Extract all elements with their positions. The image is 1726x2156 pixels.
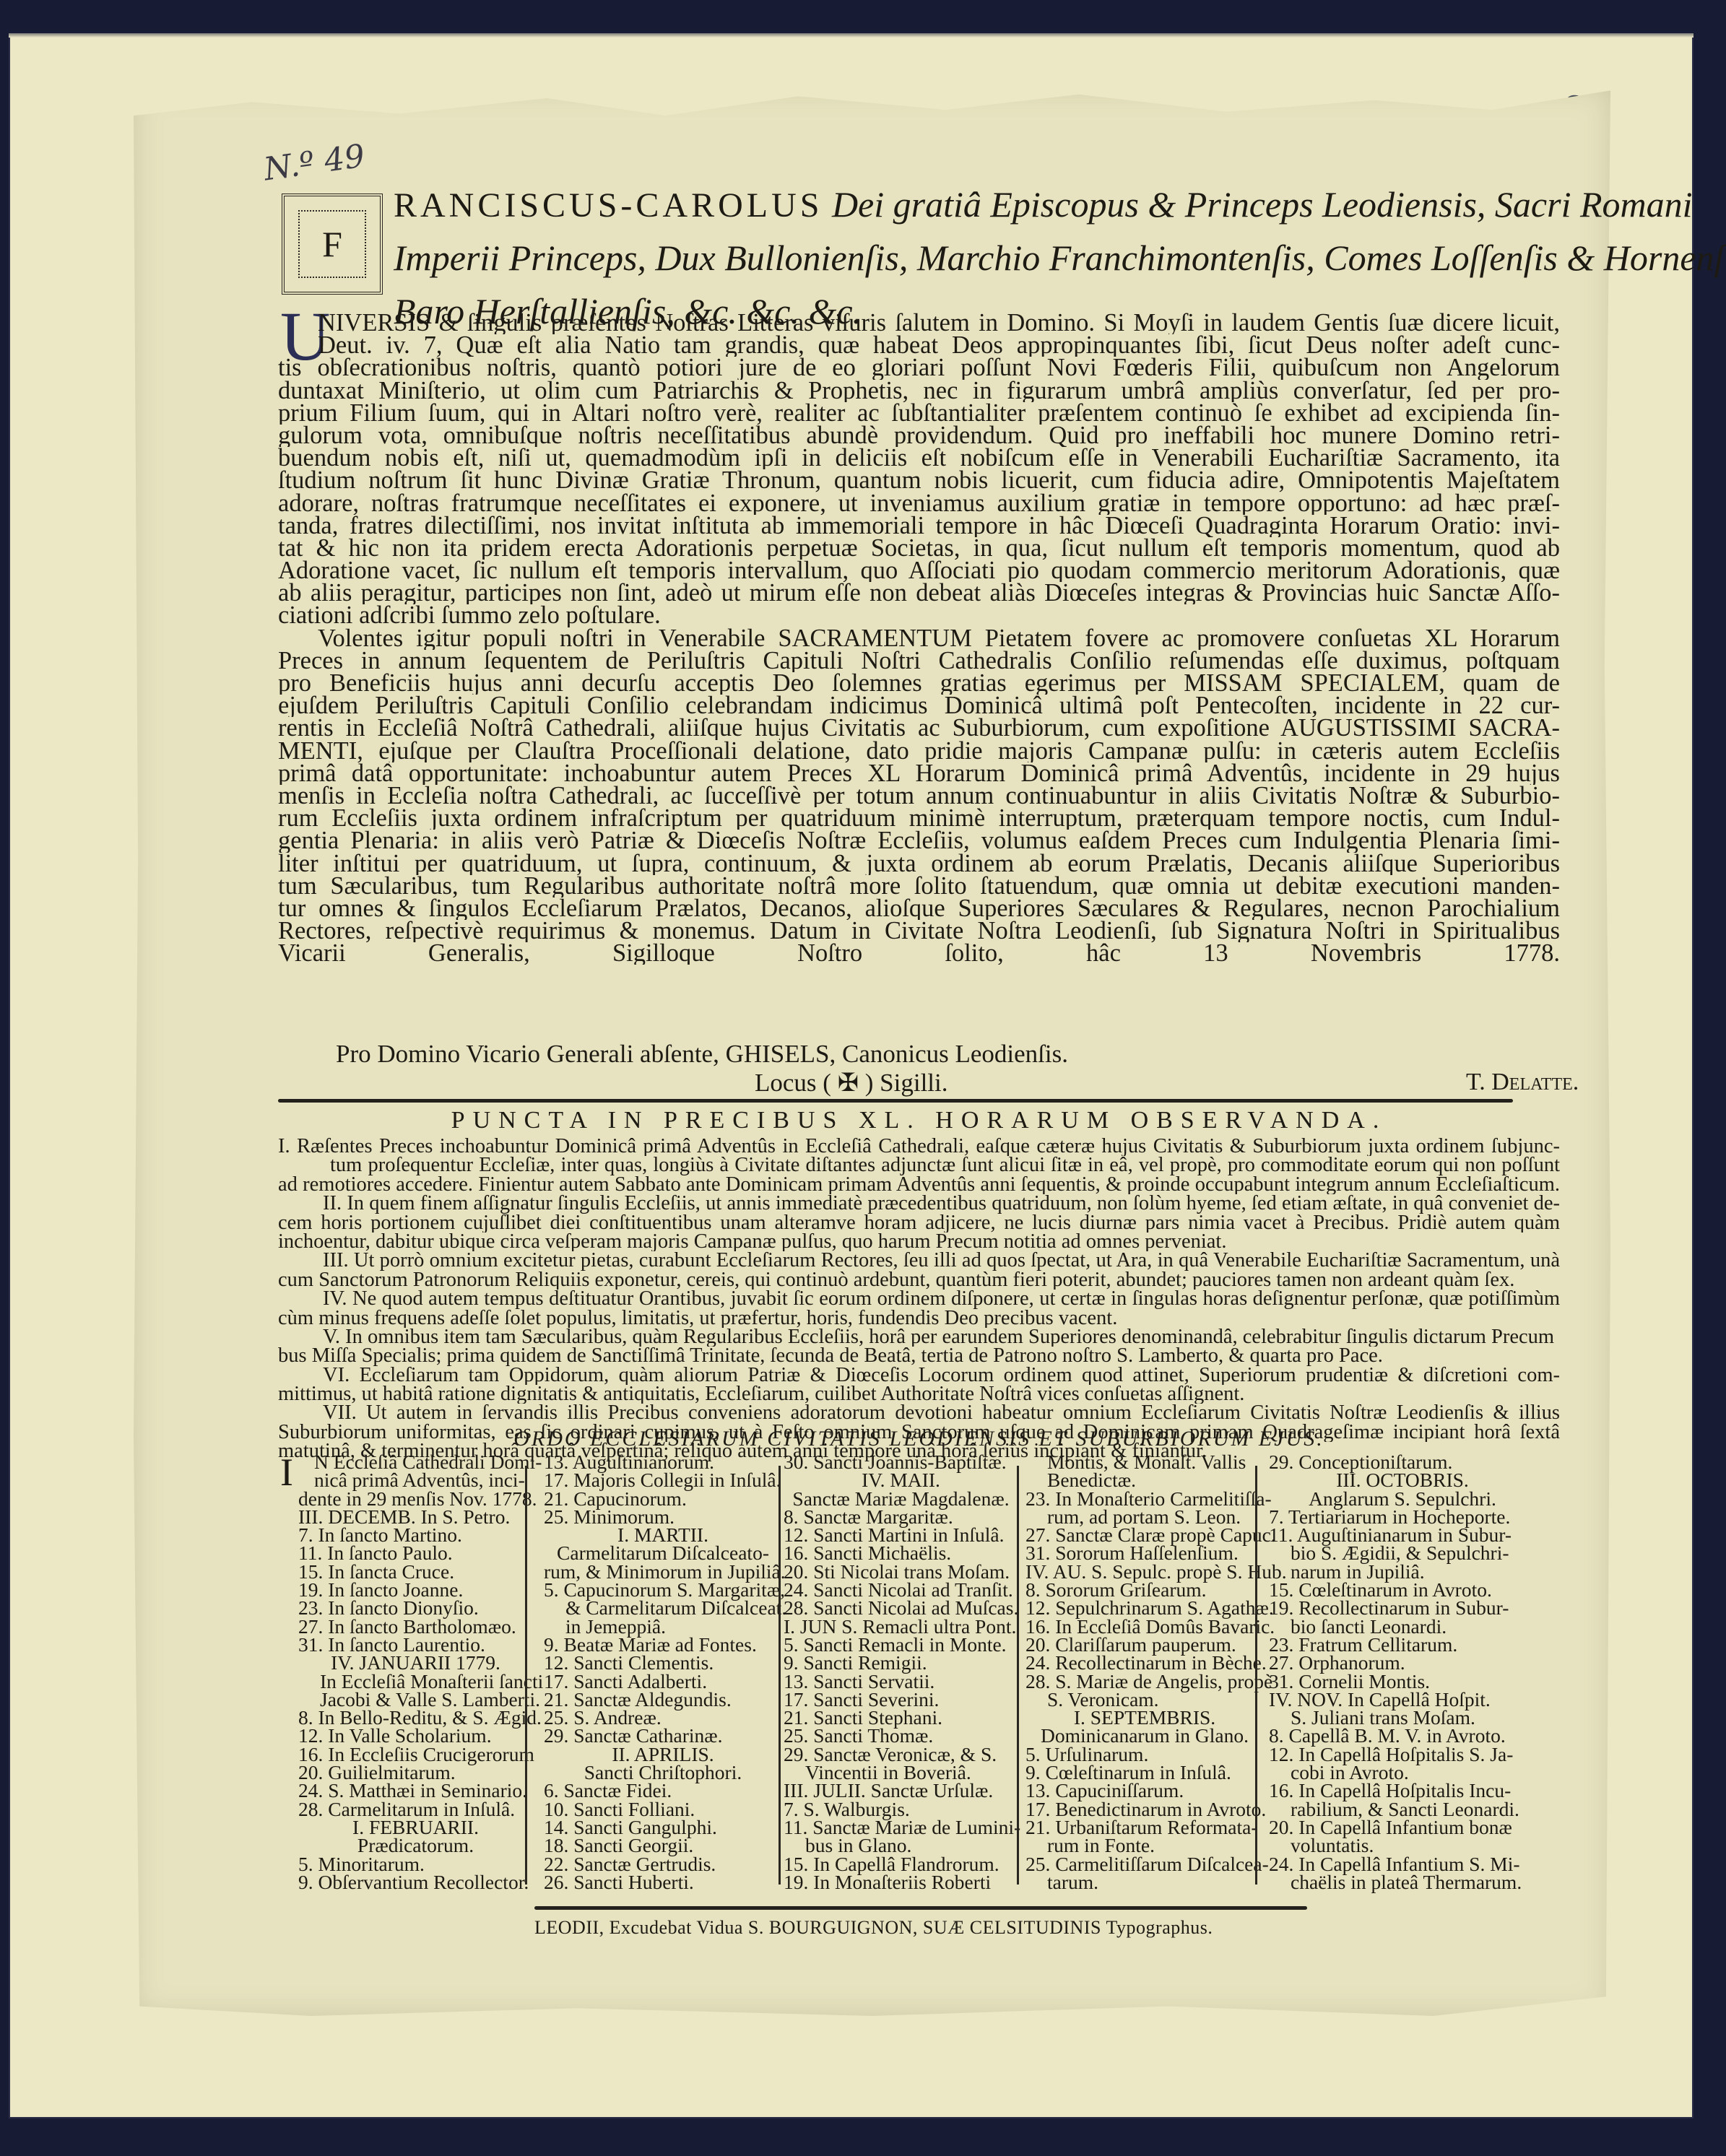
church-entry: 16. In Capellâ Hoſpitalis Incu- <box>1269 1781 1536 1799</box>
puncta-line: IV. Ne quod autem tempus deſtituatur Ora… <box>278 1290 1560 1308</box>
section-rule-bottom <box>534 1906 1307 1910</box>
decree-line: Rectores, reſpectivè requirimus & monemu… <box>278 920 1560 942</box>
church-entry: 11. In ſancto Paulo. <box>298 1544 533 1562</box>
decree-line: gulorum vota, omnibuſque noſtris neceſſi… <box>278 425 1560 447</box>
church-entry: 12. Sepulchrinarum S. Agathæ. <box>1025 1599 1264 1617</box>
puncta-line: tum proſequentur Eccleſiæ, inter quas, l… <box>278 1156 1560 1175</box>
puncta-line: mittimus, ut habitâ ratione dignitatis &… <box>278 1385 1560 1404</box>
ornamental-initial-frame: F <box>282 194 383 295</box>
church-entry: chaëlis in plateâ Thermarum. <box>1269 1873 1536 1891</box>
church-column-5: 29. Conceptioniſtarum.III. OCTOBRIS.Angl… <box>1269 1453 1536 1891</box>
decree-line: tis obſecrationibus noſtris, quantò poti… <box>278 357 1560 379</box>
decree-line: menſis in Eccleſia noſtra Cathedrali, ac… <box>278 785 1560 807</box>
decree-line: NIVERSIS & ſingulis præſentes Noſtras Li… <box>278 312 1560 334</box>
decree-line: ejuſdem Periluſtris Capituli Conſilio ce… <box>278 695 1560 717</box>
secretary-signature: T. Delatte. <box>1466 1069 1579 1096</box>
church-entry: 16. Sancti Michaëlis. <box>784 1544 1018 1562</box>
puncta-points: I. Ræſentes Preces inchoabuntur Dominicâ… <box>278 1137 1560 1461</box>
column-divider-4 <box>1255 1466 1257 1885</box>
church-entry: rum in Fonte. <box>1025 1836 1264 1854</box>
decree-line: Preces in annum ſequentem de Periluſtris… <box>278 650 1560 672</box>
church-column-1: N Eccleſiâ Cathedrali Domi-nicâ primâ Ad… <box>298 1453 533 1891</box>
church-entry: 9. Sancti Remigii. <box>784 1653 1018 1672</box>
church-column-4: Montis, & Monaſt. VallisBenedictæ.23. In… <box>1025 1453 1264 1891</box>
church-entry: tarum. <box>1025 1873 1264 1891</box>
vicar-signature-line: Pro Domino Vicario Generali abſente, GHI… <box>336 1040 1068 1069</box>
church-column-2: 13. Auguſtinianorum.17. Majoris Collegii… <box>544 1453 782 1891</box>
church-entry: 19. In Monaſteriis Roberti <box>784 1873 1018 1891</box>
church-entry: 31. Sororum Haſſelenſium. <box>1025 1544 1264 1562</box>
decree-text: NIVERSIS & ſingulis præſentes Noſtras Li… <box>278 312 1560 965</box>
puncta-line: V. In omnibus item tam Sæcularibus, quàm… <box>278 1328 1560 1347</box>
decree-line: ſtudium noſtrum ſit hunc Divinæ Gratiæ T… <box>278 469 1560 492</box>
puncta-line: II. In quem finem aſſignatur ſingulis Ec… <box>278 1194 1560 1213</box>
puncta-line: I. Ræſentes Preces inchoabuntur Dominicâ… <box>278 1137 1560 1156</box>
title-line-2: Imperii Princeps, Dux Bullonienſis, Marc… <box>394 231 1560 284</box>
church-entry: 26. Sancti Huberti. <box>544 1873 782 1891</box>
church-entry: Benedictæ. <box>1025 1471 1264 1489</box>
church-entry: Prædicatorum. <box>298 1836 533 1854</box>
title-line-2-italic: Imperii Princeps, Dux Bullonienſis, Marc… <box>394 238 1726 278</box>
puncta-line: ad remotiores accedere. Finientur autem … <box>278 1175 1560 1194</box>
church-entry: 6. Sanctæ Fidei. <box>544 1781 782 1799</box>
column-divider-2 <box>779 1466 781 1885</box>
church-entry: 23. In ſancto Dionyſio. <box>298 1599 533 1617</box>
decree-line: tanda, fratres dilectiſſimi, nos invitat… <box>278 515 1560 537</box>
church-entry: 19. Recollectinarum in Subur- <box>1269 1599 1536 1617</box>
column-divider-1 <box>525 1466 527 1885</box>
church-entry: 28. Sancti Nicolai ad Muſcas. <box>784 1599 1018 1617</box>
church-entry: 9. Obſervantium Recollector. <box>298 1873 533 1891</box>
printer-imprint: LEODII, Excudebat Vidua S. BOURGUIGNON, … <box>534 1917 1213 1939</box>
decree-line: rentis in Eccleſiâ Noſtrâ Cathedrali, al… <box>278 717 1560 739</box>
decree-line: tum Sæcularibus, tum Regularibus authori… <box>278 875 1560 897</box>
decree-line: duntaxat Miniſterio, ut olim cum Patriar… <box>278 380 1560 402</box>
title-line-1: RANCISCUS-CAROLUS Dei gratiâ Episcopus &… <box>394 178 1560 231</box>
church-entry: nicâ primâ Adventûs, inci- <box>298 1471 533 1489</box>
decree-line: liter inſtitui per quatriduum, ut ſupra,… <box>278 853 1560 875</box>
puncta-line: cem horis portionem cujuſlibet diei conſ… <box>278 1214 1560 1233</box>
section-rule-top <box>278 1099 1513 1103</box>
church-entry: 12. In Valle Scholarium. <box>298 1726 533 1744</box>
decree-line: MENTI, ejuſque per Clauſtra Proceſſional… <box>278 740 1560 762</box>
church-entry: Dominicanarum in Glano. <box>1025 1726 1264 1744</box>
church-entry: bus in Glano. <box>784 1836 1018 1854</box>
church-entry: Carmelitarum Diſcalceato- <box>544 1544 782 1562</box>
church-entry: 8. Capellâ B. M. V. in Avroto. <box>1269 1726 1536 1744</box>
decree-line: Adoratione vacet, ſic nullum eſt tempori… <box>278 560 1560 582</box>
church-entry: 25. Sancti Thomæ. <box>784 1726 1018 1744</box>
bishop-name: RANCISCUS-CAROLUS <box>394 186 823 225</box>
church-entry: 18. Sancti Georgii. <box>544 1836 782 1854</box>
church-entry: voluntatis. <box>1269 1836 1536 1854</box>
church-entry: III. OCTOBRIS. <box>1269 1471 1536 1489</box>
seal-line: Locus ( ✠ ) Sigilli. <box>755 1069 948 1097</box>
puncta-line: cùm minus frequens adeſſe ſolet populus,… <box>278 1309 1560 1328</box>
mount-top-edge <box>9 33 1694 38</box>
church-order-columns: N Eccleſiâ Cathedrali Domi-nicâ primâ Ad… <box>278 1453 1578 1886</box>
puncta-line: cum Sanctorum Patronorum Reliquiis expon… <box>278 1271 1560 1290</box>
church-entry: 27. Orphanorum. <box>1269 1653 1536 1672</box>
decree-line: buendum nobis eſt, niſi ut, quemadmodùm … <box>278 447 1560 469</box>
ordo-title: ORDO ECCLESIARUM CIVITATIS LEODIENSIS ET… <box>278 1427 1560 1451</box>
decree-line: Vicarii Generalis, Sigilloque Noſtro ſol… <box>278 942 1560 965</box>
puncta-line: VII. Ut autem in ſervandis illis Precibu… <box>278 1404 1560 1422</box>
decree-line: pro Beneficiis hujus anni decurſu accept… <box>278 672 1560 695</box>
decree-line: ciationi adſcribi ſummo zelo poſtulare. <box>278 604 1560 627</box>
puncta-line: VI. Eccleſiarum tam Oppidorum, quàm alio… <box>278 1366 1560 1385</box>
church-entry: III. JULII. Sanctæ Urſulæ. <box>784 1781 1018 1799</box>
church-column-3: 30. Sancti Joannis-Baptiſtæ.IV. MAII.San… <box>784 1453 1018 1891</box>
puncta-line: bus Miſſa Specialis; prima quidem de San… <box>278 1347 1560 1365</box>
church-entry: 17. Majoris Collegii in Inſulâ. <box>544 1471 782 1489</box>
church-entry: 29. Sanctæ Catharinæ. <box>544 1726 782 1744</box>
decree-line: gentia Plenaria: in aliis verò Patriæ & … <box>278 830 1560 852</box>
decree-line: prium Filium ſuum, qui in Altari noſtro … <box>278 402 1560 425</box>
church-entry: & Carmelitarum Diſcalceat. <box>544 1599 782 1617</box>
title-line-1-italic: Dei gratiâ Episcopus & Princeps Leodiens… <box>832 184 1693 225</box>
decree-line: adorare, noſtras fratrumque neceſſitates… <box>278 492 1560 515</box>
church-entry: IV. MAII. <box>784 1471 1018 1489</box>
church-entry: 13. Capuciniſſarum. <box>1025 1781 1264 1799</box>
church-entry: IV. JANUARII 1779. <box>298 1653 533 1672</box>
puncta-line: inchoentur, dabitur ubique circa veſpera… <box>278 1233 1560 1251</box>
church-entry: 24. Recollectinarum in Bèche. <box>1025 1653 1264 1672</box>
drop-initial-i: I <box>280 1453 293 1492</box>
decree-line: tur omnes & ſingulos Eccleſiarum Prælato… <box>278 897 1560 920</box>
puncta-line: III. Ut porrò omnium excitetur pietas, c… <box>278 1251 1560 1270</box>
puncta-title: PUNCTA IN PRECIBUS XL. HORARUM OBSERVAND… <box>278 1107 1560 1134</box>
decree-line: Deut. iv. 7, Quæ eſt alia Natio tam gran… <box>278 334 1560 357</box>
church-entry: 24. S. Matthæi in Seminario. <box>298 1781 533 1799</box>
decree-line: ab aliis peragitur, participes non ſint,… <box>278 582 1560 604</box>
decree-line: tat & hic non ita pridem erecta Adoratio… <box>278 537 1560 560</box>
decree-line: primâ datâ opportunitate: inchoabuntur a… <box>278 762 1560 785</box>
column-divider-3 <box>1017 1466 1019 1885</box>
church-entry: bio S. Ægidii, & Sepulchri- <box>1269 1544 1536 1562</box>
decree-line: rum Eccleſiis juxta ordinem infraſcriptu… <box>278 807 1560 830</box>
ornamental-initial: F <box>298 210 366 278</box>
church-entry: 12. Sancti Clementis. <box>544 1653 782 1672</box>
decree-line: Volentes igitur populi noſtri in Venerab… <box>278 627 1560 650</box>
